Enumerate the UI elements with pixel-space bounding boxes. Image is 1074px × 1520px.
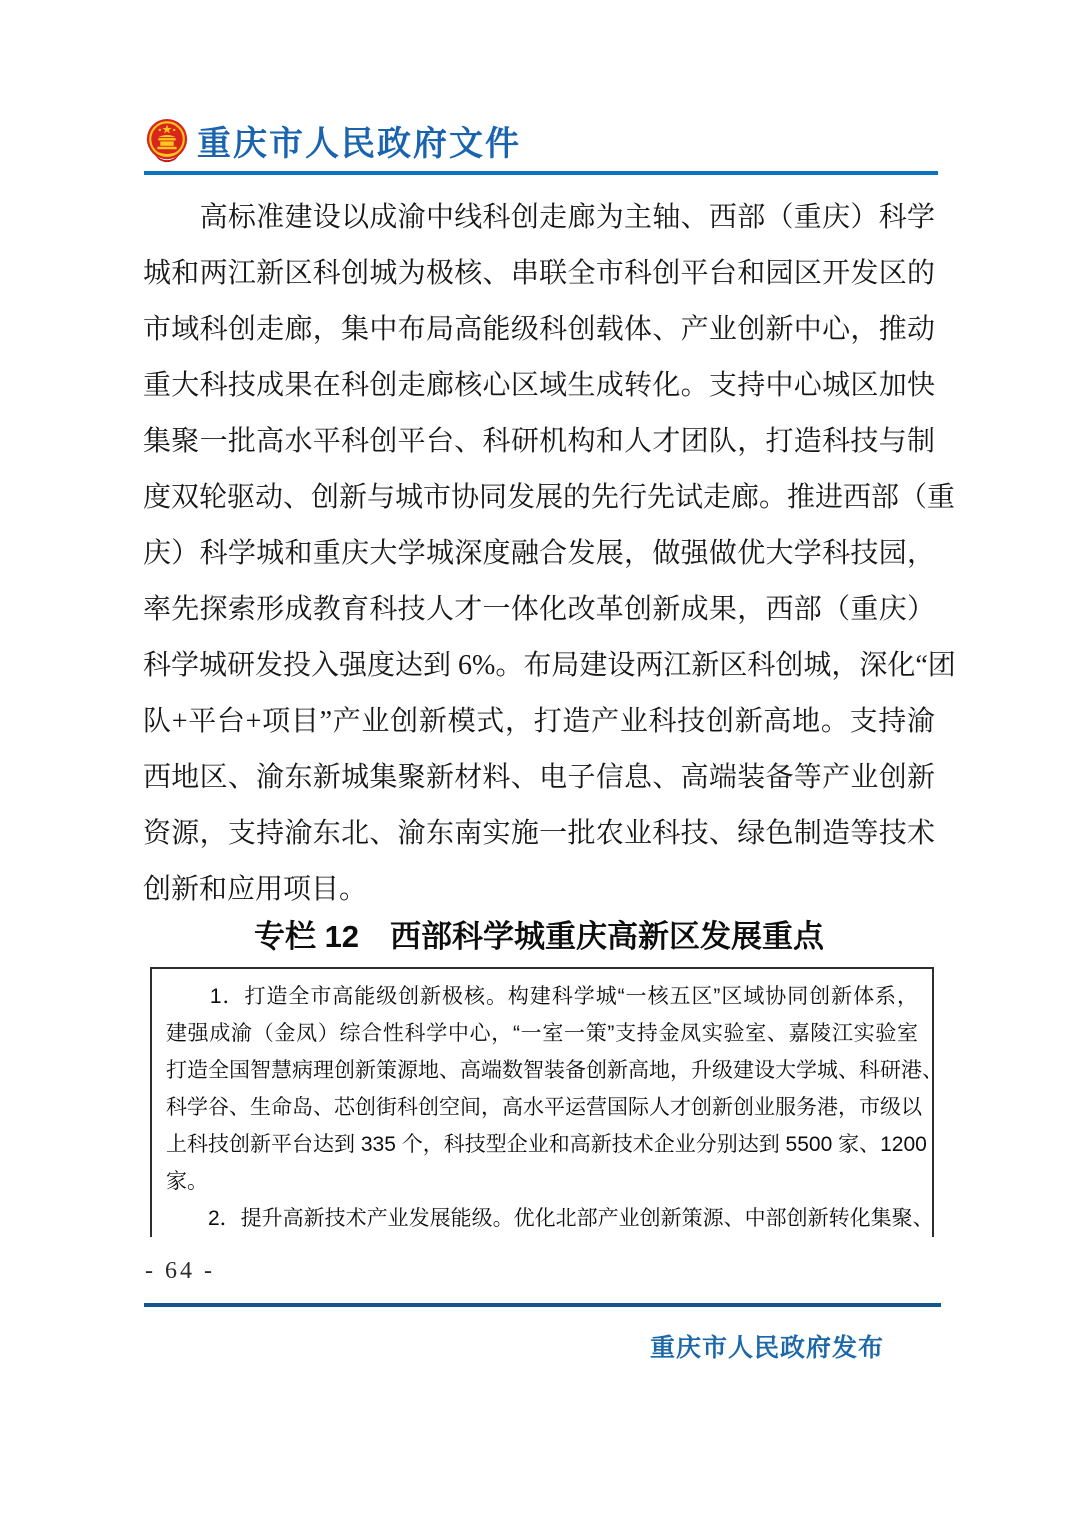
body-paragraph: 高标准建设以成渝中线科创走廊为主轴、西部（重庆）科学城和两江新区科创城为极核、串…	[143, 190, 935, 918]
column-text-line: 科学谷、生命岛、芯创街科创空间，高水平运营国际人才创新创业服务港，市级以	[166, 1089, 918, 1126]
body-text-line: 科学城研发投入强度达到 6%。布局建设两江新区科创城，深化“团	[143, 638, 935, 694]
column-text-line: 2．提升高新技术产业发展能级。优化北部产业创新策源、中部创新转化集聚、	[166, 1200, 918, 1237]
body-text-line: 率先探索形成教育科技人才一体化改革创新成果，西部（重庆）	[143, 582, 935, 638]
body-text-line: 重大科技成果在科创走廊核心区域生成转化。支持中心城区加快	[143, 358, 935, 414]
body-text-line: 高标准建设以成渝中线科创走廊为主轴、西部（重庆）科学	[143, 190, 935, 246]
body-text-line: 庆）科学城和重庆大学城深度融合发展，做强做优大学科技园，	[143, 526, 935, 582]
body-text-line: 西地区、渝东新城集聚新材料、电子信息、高端装备等产业创新	[143, 750, 935, 806]
body-text-line: 集聚一批高水平科创平台、科研机构和人才团队，打造科技与制	[143, 414, 935, 470]
column-text-line: 上科技创新平台达到 335 个，科技型企业和高新技术企业分别达到 5500 家、…	[166, 1126, 918, 1163]
header-rule	[144, 171, 938, 175]
footer-rule	[144, 1303, 941, 1307]
publisher-label: 重庆市人民政府发布	[650, 1328, 880, 1364]
column-12-title: 专栏 12 西部科学城重庆高新区发展重点	[143, 912, 935, 962]
body-text-line: 市域科创走廊，集中布局高能级科创载体、产业创新中心，推动	[143, 302, 935, 358]
body-text-line: 队+平台+项目”产业创新模式，打造产业科技创新高地。支持渝	[143, 694, 935, 750]
body-text-line: 创新和应用项目。	[143, 862, 935, 918]
document-header-title: 重庆市人民政府文件	[197, 116, 521, 165]
national-emblem-icon	[144, 117, 190, 165]
column-text-line: 1．打造全市高能级创新极核。构建科学城“一核五区”区域协同创新体系，	[166, 978, 918, 1015]
body-text-line: 城和两江新区科创城为极核、串联全市科创平台和园区开发区的	[143, 246, 935, 302]
document-page: 重庆市人民政府文件 高标准建设以成渝中线科创走廊为主轴、西部（重庆）科学城和两江…	[0, 0, 1074, 1520]
column-text-line: 家。	[166, 1163, 918, 1200]
page-number: - 64 -	[145, 1258, 215, 1285]
document-header: 重庆市人民政府文件	[144, 116, 521, 165]
body-text-line: 度双轮驱动、创新与城市协同发展的先行先试走廊。推进西部（重	[143, 470, 935, 526]
body-text-line: 资源，支持渝东北、渝东南实施一批农业科技、绿色制造等技术	[143, 806, 935, 862]
column-text-line: 建强成渝（金凤）综合性科学中心，“一室一策”支持金凤实验室、嘉陵江实验室	[166, 1015, 918, 1052]
column-text-line: 打造全国智慧病理创新策源地、高端数智装备创新高地，升级建设大学城、科研港、	[166, 1052, 918, 1089]
column-12-box: 1．打造全市高能级创新极核。构建科学城“一核五区”区域协同创新体系，建强成渝（金…	[150, 967, 934, 1237]
